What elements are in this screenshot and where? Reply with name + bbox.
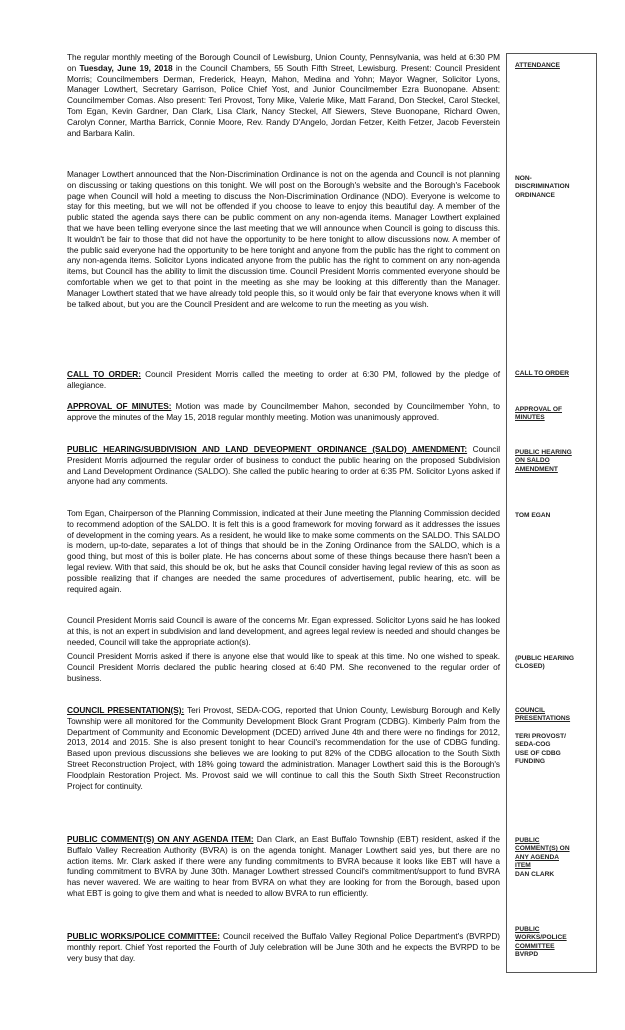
saldo-hearing-paragraph: PUBLIC HEARING/SUBDIVISION AND LAND DEVE… <box>67 444 500 487</box>
label-line: COMMITTEE <box>515 943 595 951</box>
label-line: PUBLIC <box>515 926 595 934</box>
tom-egan-paragraph: Tom Egan, Chairperson of the Planning Co… <box>67 508 500 594</box>
sidebar-label-ndo: NON- DISCRIMINATION ORDINANCE <box>515 175 595 200</box>
label-line: MINUTES <box>515 414 595 422</box>
label-line: ITEM <box>515 862 595 870</box>
approval-heading: APPROVAL OF MINUTES: <box>67 401 171 411</box>
council-presentations-text: Teri Provost, SEDA-COG, reported that Un… <box>67 705 500 791</box>
sidebar-margin-box: ATTENDANCE NON- DISCRIMINATION ORDINANCE… <box>506 53 597 973</box>
council-presentations-heading: COUNCIL PRESENTATION(S): <box>67 705 184 715</box>
call-to-order-heading: CALL TO ORDER: <box>67 369 141 379</box>
sidebar-label-saldo: PUBLIC HEARING ON SALDO AMENDMENT <box>515 449 595 474</box>
label-line: FUNDING <box>515 758 595 766</box>
morris-response-text: Council President Morris said Council is… <box>67 615 500 647</box>
meeting-date: Tuesday, June 19, 2018 <box>79 63 172 73</box>
attendance-paragraph: The regular monthly meeting of the Borou… <box>67 52 500 138</box>
sidebar-label-public-works: PUBLIC WORKS/POLICE COMMITTEE BVRPD <box>515 926 595 960</box>
label-line: PUBLIC <box>515 837 595 845</box>
label-line: (PUBLIC HEARING <box>515 655 595 663</box>
label-line: CALL TO ORDER <box>515 370 595 378</box>
ndo-paragraph: Manager Lowthert announced that the Non-… <box>67 169 500 309</box>
attendance-text-rest: in the Council Chambers, 55 South Fifth … <box>67 63 500 138</box>
label-line: ORDINANCE <box>515 192 595 200</box>
label-line: PRESENTATIONS <box>515 715 595 723</box>
council-presentations-paragraph: COUNCIL PRESENTATION(S): Teri Provost, S… <box>67 705 500 791</box>
label-line: CLOSED) <box>515 663 595 671</box>
public-works-paragraph: PUBLIC WORKS/POLICE COMMITTEE: Council r… <box>67 931 500 963</box>
ndo-text: Manager Lowthert announced that the Non-… <box>67 169 500 309</box>
label-line: USE OF CDBG <box>515 750 595 758</box>
label-line: ATTENDANCE <box>515 62 595 70</box>
label-line: AMENDMENT <box>515 466 595 474</box>
saldo-hearing-heading: PUBLIC HEARING/SUBDIVISION AND LAND DEVE… <box>67 444 467 454</box>
public-works-heading: PUBLIC WORKS/POLICE COMMITTEE: <box>67 931 220 941</box>
public-comments-paragraph: PUBLIC COMMENT(S) ON ANY AGENDA ITEM: Da… <box>67 834 500 899</box>
hearing-closed-paragraph: Council President Morris asked if there … <box>67 651 500 683</box>
label-line: SEDA-COG <box>515 741 595 749</box>
sidebar-label-attendance: ATTENDANCE <box>515 62 595 70</box>
public-comments-heading: PUBLIC COMMENT(S) ON ANY AGENDA ITEM: <box>67 834 254 844</box>
sidebar-label-tom-egan: TOM EGAN <box>515 512 595 520</box>
label-line: DAN CLARK <box>515 871 595 879</box>
sidebar-label-call-to-order: CALL TO ORDER <box>515 370 595 378</box>
label-line: COUNCIL <box>515 707 595 715</box>
sidebar-label-council-presentations: COUNCIL PRESENTATIONS <box>515 707 595 724</box>
tom-egan-text: Tom Egan, Chairperson of the Planning Co… <box>67 508 500 594</box>
label-line: COMMENT(S) ON <box>515 845 595 853</box>
sidebar-label-teri-provost: TERI PROVOST/ SEDA-COG USE OF CDBG FUNDI… <box>515 733 595 767</box>
hearing-closed-text: Council President Morris asked if there … <box>67 651 500 683</box>
approval-paragraph: APPROVAL OF MINUTES: Motion was made by … <box>67 401 500 423</box>
label-line: TERI PROVOST/ <box>515 733 595 741</box>
label-line: PUBLIC HEARING <box>515 449 595 457</box>
morris-response-paragraph: Council President Morris said Council is… <box>67 615 500 647</box>
sidebar-label-hearing-closed: (PUBLIC HEARING CLOSED) <box>515 655 595 672</box>
label-line: DISCRIMINATION <box>515 183 595 191</box>
sidebar-label-public-comments: PUBLIC COMMENT(S) ON ANY AGENDA ITEM DAN… <box>515 837 595 879</box>
label-line: ANY AGENDA <box>515 854 595 862</box>
label-line: TOM EGAN <box>515 512 595 520</box>
label-line: WORKS/POLICE <box>515 934 595 942</box>
call-to-order-paragraph: CALL TO ORDER: Council President Morris … <box>67 369 500 391</box>
sidebar-label-approval: APPROVAL OF MINUTES <box>515 406 595 423</box>
label-line: NON- <box>515 175 595 183</box>
label-line: ON SALDO <box>515 457 595 465</box>
label-line: APPROVAL OF <box>515 406 595 414</box>
label-line: BVRPD <box>515 951 595 959</box>
